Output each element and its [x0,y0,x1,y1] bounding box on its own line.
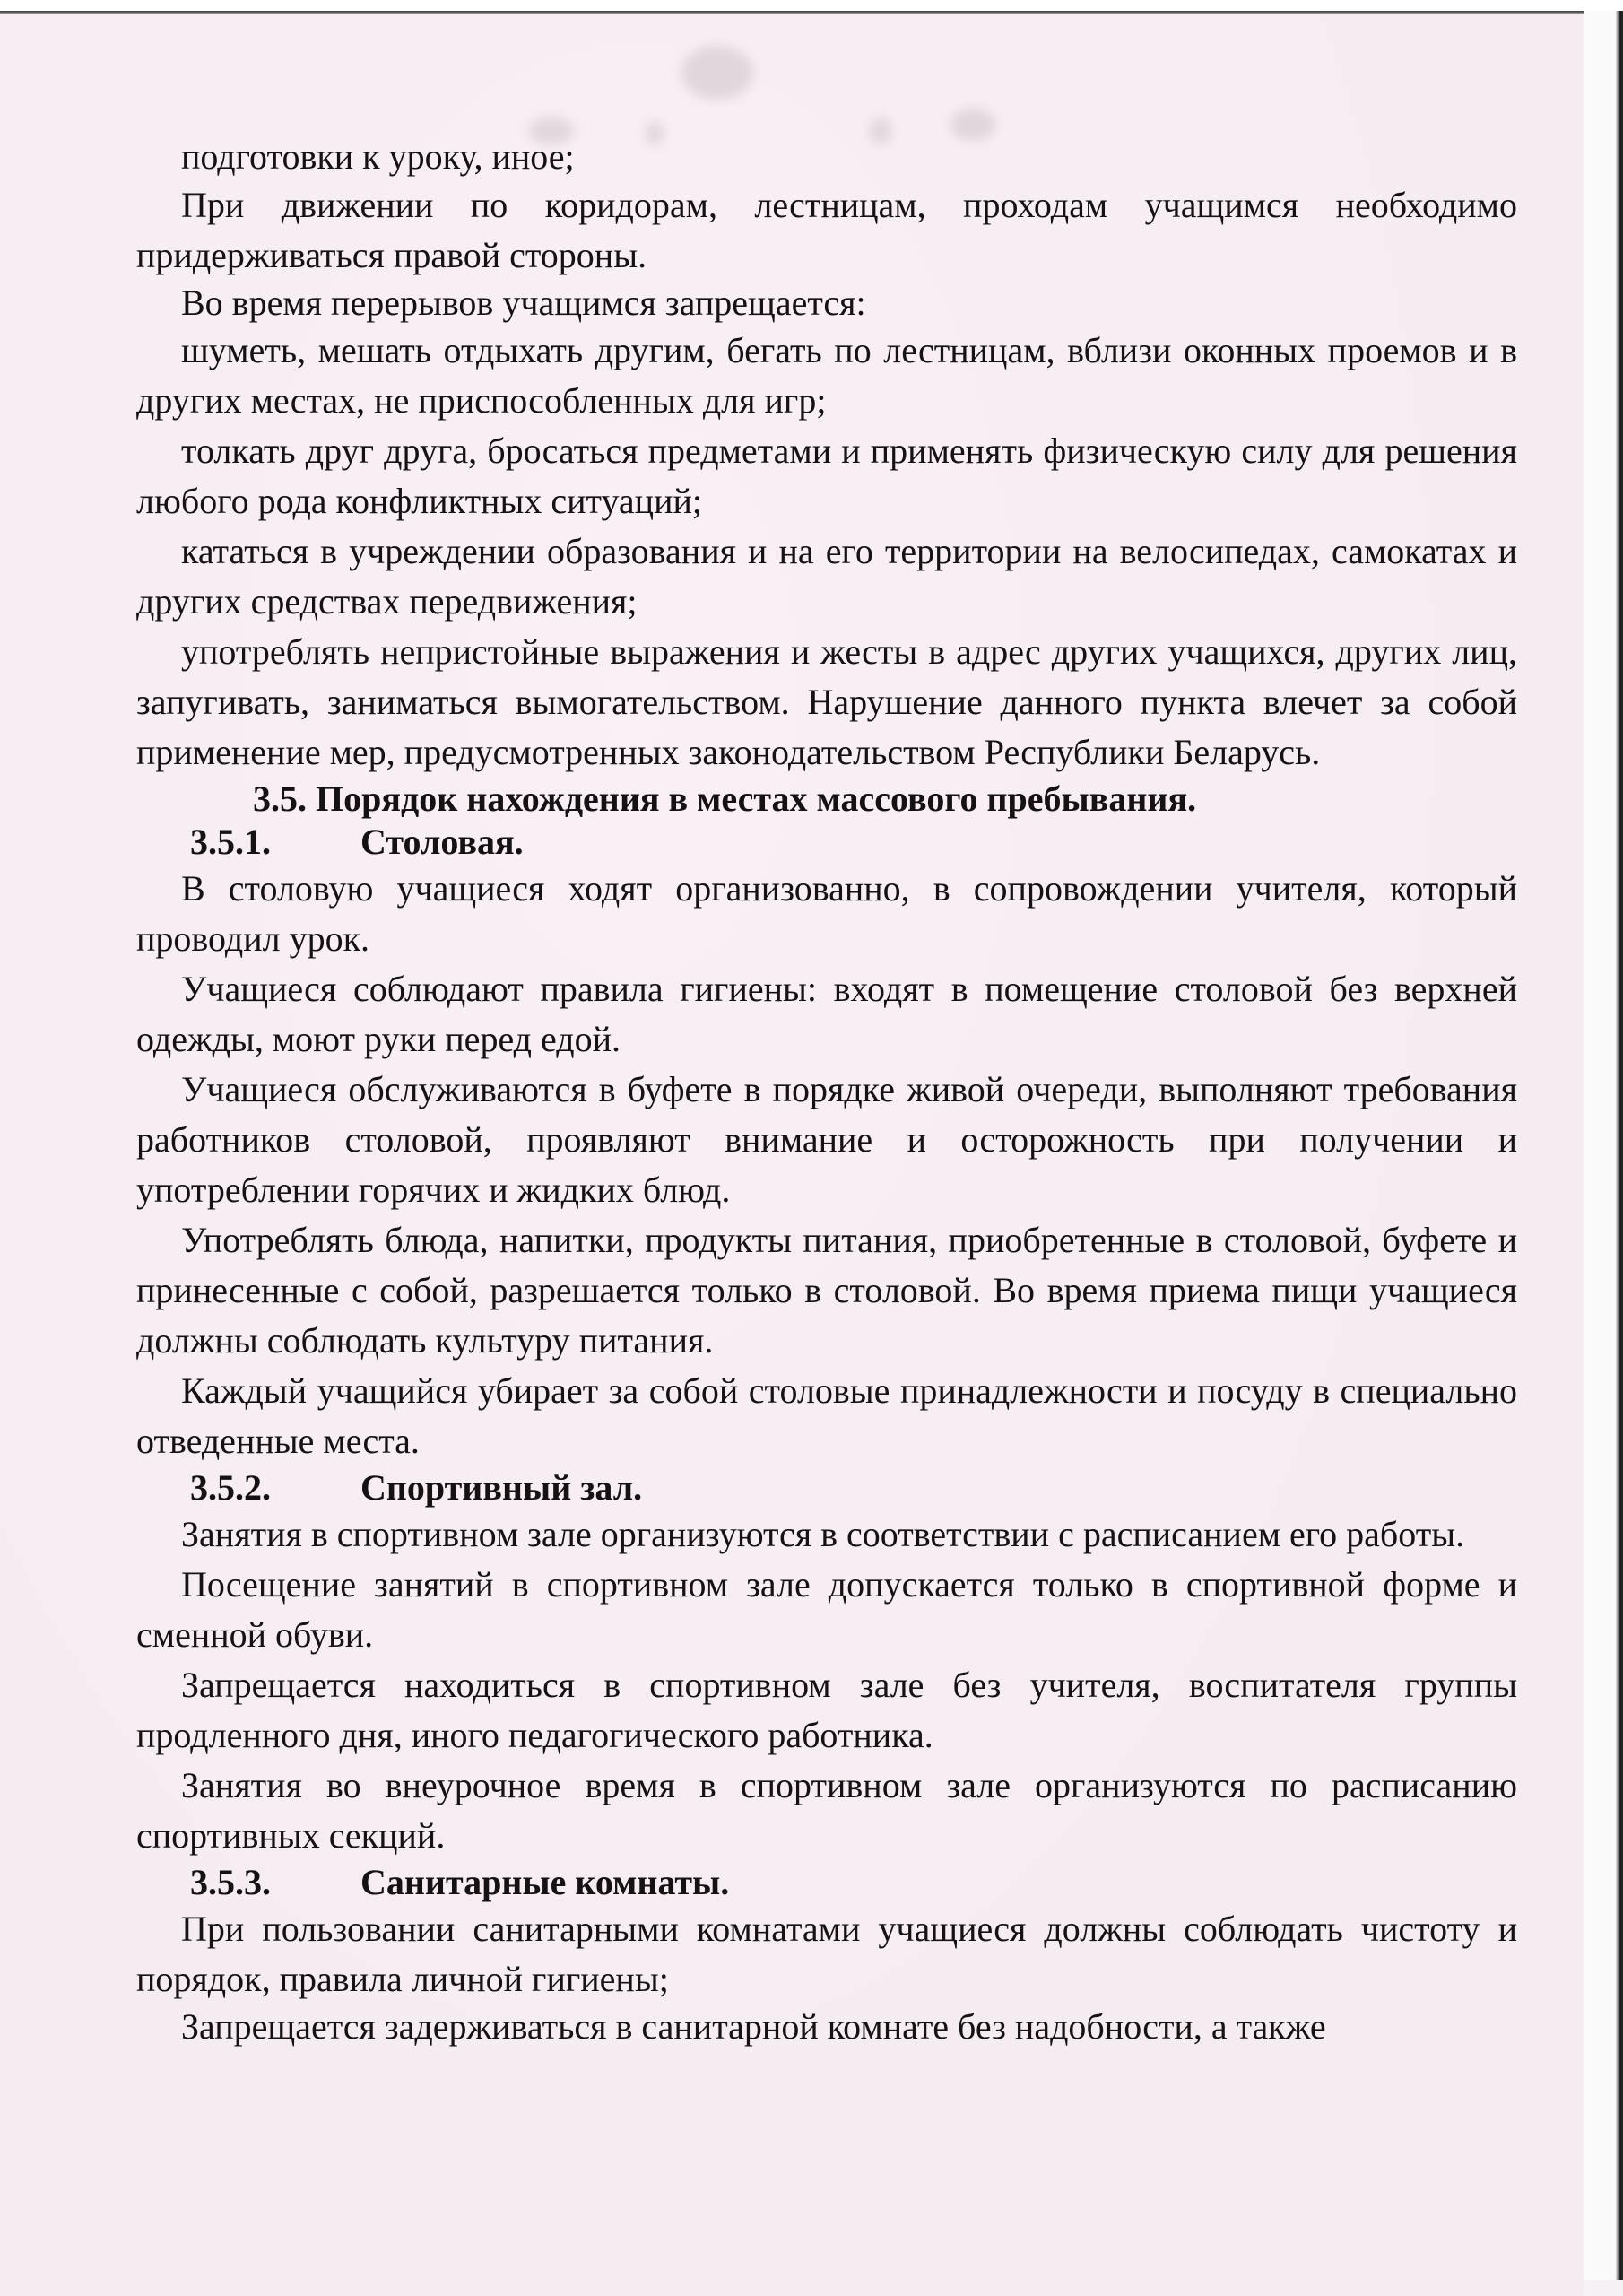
subsection-heading: 3.5.1. Столовая. [136,821,1517,864]
subsection-number: 3.5.2. [190,1466,360,1509]
scan-top-margin [0,0,1623,11]
paragraph: Учащиеся соблюдают правила гигиены: вход… [136,964,1517,1065]
scan-right-edge [1616,11,1623,2280]
scan-smudge [681,46,753,100]
scan-top-edge [0,11,1605,14]
paragraph: В столовую учащиеся ходят организованно,… [136,864,1517,964]
subsection-title: Санитарные комнаты. [360,1861,729,1904]
section-heading: 3.5. Порядок нахождения в местах массово… [136,778,1517,821]
paragraph: толкать друг друга, бросаться предметами… [136,426,1517,526]
subsection-number: 3.5.3. [190,1861,360,1904]
paragraph: При движении по коридорам, лестницам, пр… [136,180,1517,281]
scan-right-strip [1584,11,1616,2280]
paragraph: Посещение занятий в спортивном зале допу… [136,1560,1517,1660]
paragraph: Запрещается задерживаться в санитарной к… [136,2005,1517,2050]
paragraph: Употреблять блюда, напитки, продукты пит… [136,1215,1517,1366]
paragraph: кататься в учреждении образования и на е… [136,526,1517,627]
paragraph: Во время перерывов учащимся запрещается: [136,281,1517,326]
document-body: подготовки к уроку, иное; При движении п… [136,135,1517,2050]
paragraph: шуметь, мешать отдыхать другим, бегать п… [136,326,1517,426]
paragraph: Запрещается находиться в спортивном зале… [136,1660,1517,1761]
paragraph: Каждый учащийся убирает за собой столовы… [136,1366,1517,1466]
paragraph: Занятия в спортивном зале организуются в… [136,1509,1517,1560]
subsection-heading: 3.5.3. Санитарные комнаты. [136,1861,1517,1904]
paragraph: употреблять непристойные выражения и жес… [136,627,1517,778]
subsection-title: Столовая. [360,821,524,864]
subsection-heading: 3.5.2. Спортивный зал. [136,1466,1517,1509]
paragraph: При пользовании санитарными комнатами уч… [136,1904,1517,2005]
subsection-title: Спортивный зал. [360,1466,642,1509]
paragraph: Занятия во внеурочное время в спортивном… [136,1761,1517,1861]
paragraph: Учащиеся обслуживаются в буфете в порядк… [136,1065,1517,1215]
subsection-number: 3.5.1. [190,821,360,864]
paragraph: подготовки к уроку, иное; [136,135,1517,180]
